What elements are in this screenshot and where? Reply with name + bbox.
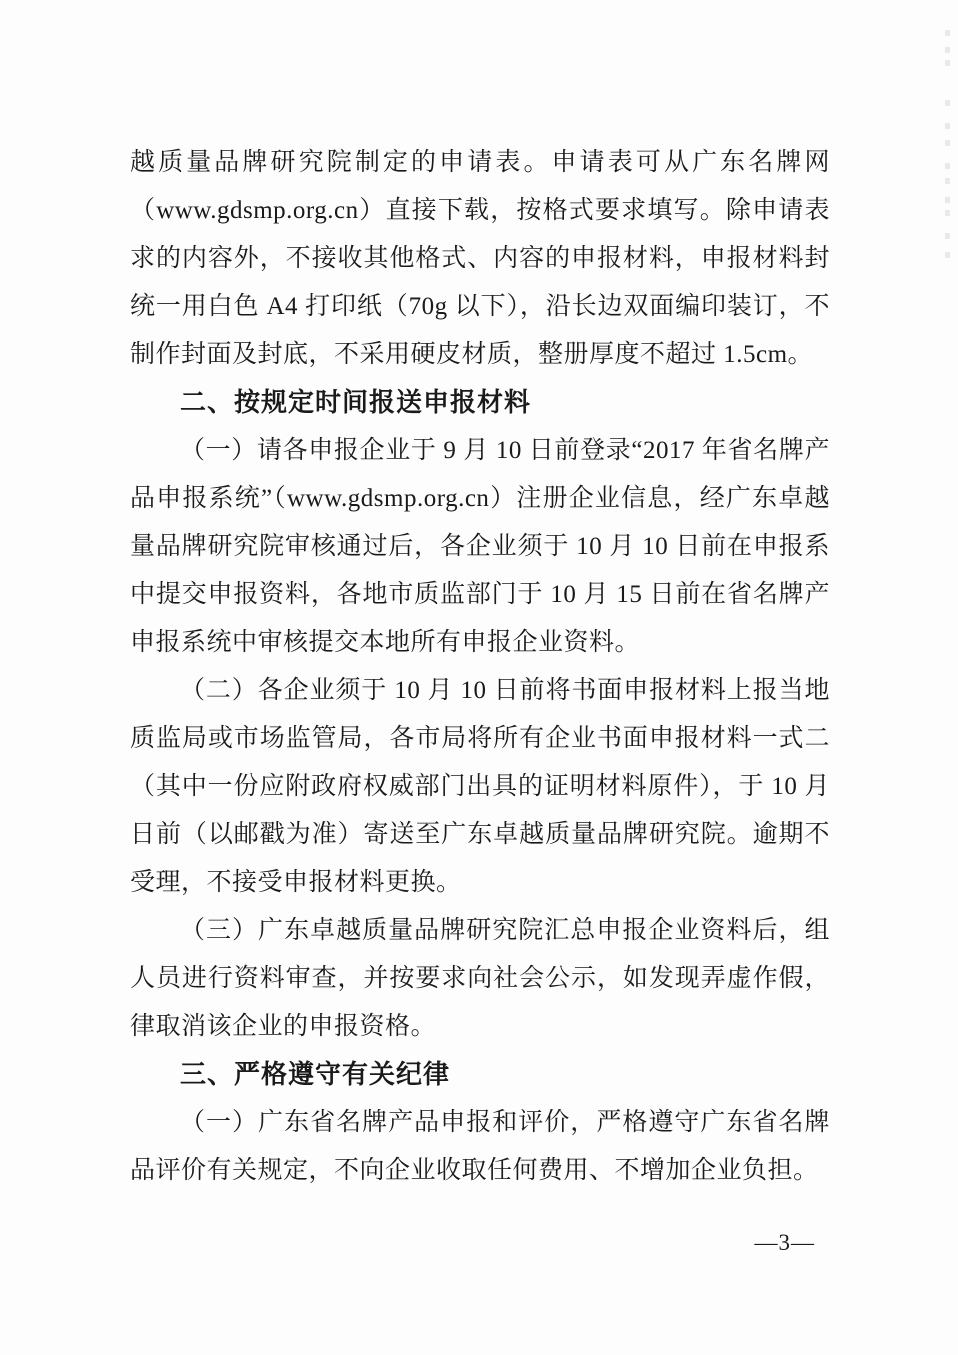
page-number: —3— <box>755 1230 816 1256</box>
text-line: （www.gdsmp.org.cn）直接下载，按格式要求填写。除申请表要 <box>130 187 830 235</box>
text-line: 越质量品牌研究院制定的申请表。申请表可从广东名牌网 <box>130 139 830 187</box>
scan-artifact-dot <box>945 140 950 146</box>
text-line: （一）广东省名牌产品申报和评价，严格遵守广东省名牌产 <box>130 1099 830 1147</box>
text-line: （三）广东卓越质量品牌研究院汇总申报企业资料后，组织 <box>130 907 830 955</box>
scan-artifact-dot <box>945 47 950 53</box>
scan-artifact-dot <box>945 60 950 66</box>
scanned-document-page: 越质量品牌研究院制定的申请表。申请表可从广东名牌网（www.gdsmp.org.… <box>0 0 958 1355</box>
text-line: 律取消该企业的申报资格。 <box>130 1003 830 1051</box>
scan-artifact-dot <box>945 233 950 239</box>
text-line: 品申报系统”（www.gdsmp.org.cn）注册企业信息，经广东卓越质 <box>130 475 830 523</box>
text-line: 日前（以邮戳为准）寄送至广东卓越质量品牌研究院。逾期不予 <box>130 811 830 859</box>
text-line: 量品牌研究院审核通过后，各企业须于 10 月 10 日前在申报系统 <box>130 523 830 571</box>
section-heading: 二、按规定时间报送申报材料 <box>130 379 830 427</box>
text-line: 人员进行资料审查，并按要求向社会公示，如发现弄虚作假，一 <box>130 955 830 1003</box>
text-line: 统一用白色 A4 打印纸（70g 以下），沿长边双面编印装订，不另 <box>130 283 830 331</box>
text-line: 受理，不接受申报材料更换。 <box>130 859 830 907</box>
scan-artifact-dot <box>945 210 950 216</box>
text-line: 求的内容外，不接收其他格式、内容的申报材料，申报材料封面 <box>130 235 830 283</box>
text-line: 制作封面及封底，不采用硬皮材质，整册厚度不超过 1.5cm。 <box>130 331 830 379</box>
text-line: （二）各企业须于 10 月 10 日前将书面申报材料上报当地市 <box>130 667 830 715</box>
scan-artifact-dot <box>945 197 950 203</box>
text-line: 品评价有关规定，不向企业收取任何费用、不增加企业负担。 <box>130 1147 830 1195</box>
section-heading: 三、严格遵守有关纪律 <box>130 1051 830 1099</box>
text-line: （其中一份应附政府权威部门出具的证明材料原件），于 10 月 16 <box>130 763 830 811</box>
scan-artifact-dot <box>945 100 950 106</box>
scan-artifact-dot <box>945 178 950 184</box>
text-line: （一）请各申报企业于 9 月 10 日前登录“2017 年省名牌产 <box>130 427 830 475</box>
text-line: 质监局或市场监管局，各市局将所有企业书面申报材料一式二份 <box>130 715 830 763</box>
scan-artifact-dot <box>945 163 950 169</box>
scan-artifact-dot <box>945 123 950 129</box>
document-body: 越质量品牌研究院制定的申请表。申请表可从广东名牌网（www.gdsmp.org.… <box>130 139 830 1195</box>
scan-artifact-dot <box>945 30 950 36</box>
text-line: 申报系统中审核提交本地所有申报企业资料。 <box>130 619 830 667</box>
scan-artifact-dot <box>945 252 950 258</box>
text-line: 中提交申报资料，各地市质监部门于 10 月 15 日前在省名牌产品 <box>130 571 830 619</box>
